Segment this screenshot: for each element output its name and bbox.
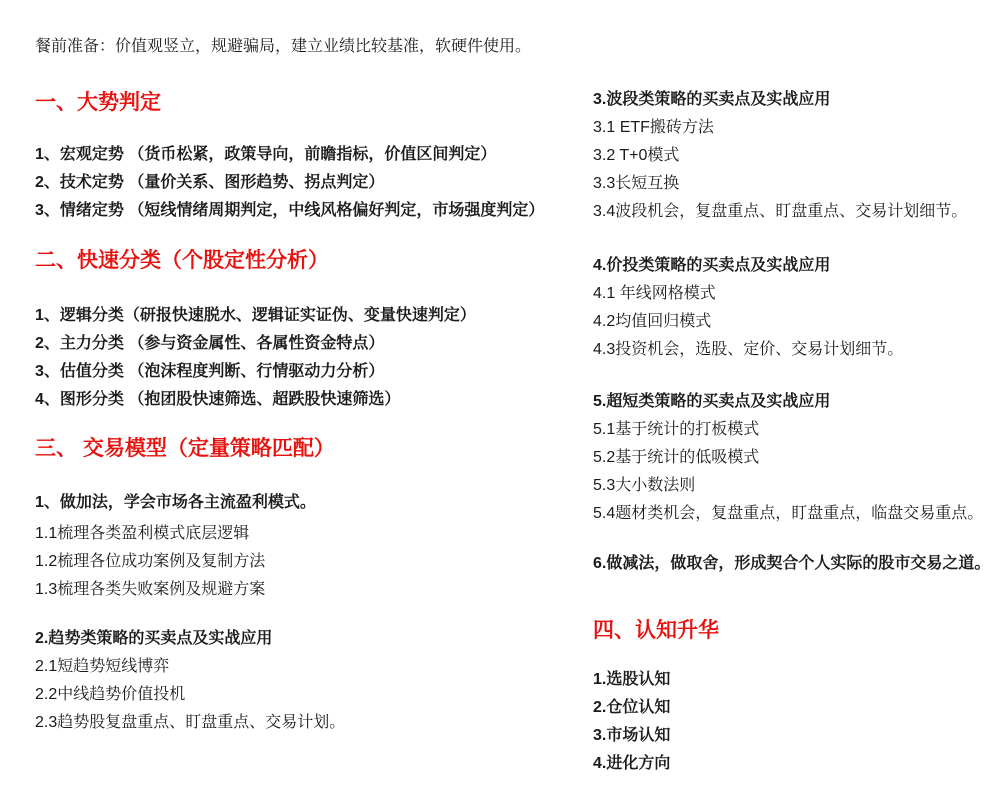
outline-subitem: 2.1短趋势短线博弈 (35, 653, 575, 681)
outline-subitem: 3.2 T+0模式 (593, 142, 993, 170)
outline-subitem: 5.1基于统计的打板模式 (593, 416, 993, 444)
module-1-subitems: 1.1梳理各类盈利模式底层逻辑 1.2梳理各位成功案例及复制方法 1.3梳理各类… (35, 520, 575, 604)
section-1-items: 1、宏观定势 （货币松紧，政策导向，前瞻指标，价值区间判定） 2、技术定势 （量… (35, 141, 575, 225)
module-5-subitems: 5.1基于统计的打板模式 5.2基于统计的低吸模式 5.3大小数法则 5.4题材… (593, 416, 993, 528)
section-2-items: 1、逻辑分类（研报快速脱水、逻辑证实证伪、变量快速判定） 2、主力分类 （参与资… (35, 302, 575, 414)
module-3-subitems: 3.1 ETF搬砖方法 3.2 T+0模式 3.3长短互换 3.4波段机会，复盘… (593, 114, 993, 226)
outline-subitem: 1.1梳理各类盈利模式底层逻辑 (35, 520, 575, 548)
outline-item: 2、技术定势 （量价关系、图形趋势、拐点判定） (35, 169, 575, 197)
prep-note: 餐前准备：价值观竖立，规避骗局，建立业绩比较基准，软硬件使用。 (35, 36, 575, 58)
outline-item: 1.选股认知 (593, 666, 993, 694)
module-2-subitems: 2.1短趋势短线博弈 2.2中线趋势价值投机 2.3趋势股复盘重点、盯盘重点、交… (35, 653, 575, 737)
module-1-lead: 1、做加法，学会市场各主流盈利模式。 (35, 489, 575, 517)
outline-item: 4.进化方向 (593, 750, 993, 778)
section-heading-2: 二、快速分类（个股定性分析） (35, 246, 575, 276)
outline-subitem: 3.1 ETF搬砖方法 (593, 114, 993, 142)
outline-subitem: 3.3长短互换 (593, 170, 993, 198)
section-heading-4: 四、认知升华 (593, 616, 993, 646)
outline-subitem: 5.4题材类机会，复盘重点，盯盘重点，临盘交易重点。 (593, 500, 993, 528)
outline-item: 3、估值分类 （泡沫程度判断、行情驱动力分析） (35, 358, 575, 386)
outline-item: 4、图形分类 （抱团股快速筛选、超跌股快速筛选） (35, 386, 575, 414)
section-heading-1: 一、大势判定 (35, 88, 575, 118)
outline-subitem: 4.3投资机会，选股、定价、交易计划细节。 (593, 336, 993, 364)
module-6-lead: 6.做减法，做取舍，形成契合个人实际的股市交易之道。 (593, 550, 993, 578)
outline-item: 2.仓位认知 (593, 694, 993, 722)
outline-subitem: 2.3趋势股复盘重点、盯盘重点、交易计划。 (35, 709, 575, 737)
outline-item: 1、逻辑分类（研报快速脱水、逻辑证实证伪、变量快速判定） (35, 302, 575, 330)
outline-item: 1、宏观定势 （货币松紧，政策导向，前瞻指标，价值区间判定） (35, 141, 575, 169)
outline-subitem: 4.2均值回归模式 (593, 308, 993, 336)
section-heading-3: 三、 交易模型（定量策略匹配） (35, 434, 575, 464)
outline-subitem: 1.2梳理各位成功案例及复制方法 (35, 548, 575, 576)
outline-subitem: 4.1 年线网格模式 (593, 280, 993, 308)
outline-subitem: 5.3大小数法则 (593, 472, 993, 500)
right-column: 3.波段类策略的买卖点及实战应用 3.1 ETF搬砖方法 3.2 T+0模式 3… (593, 0, 993, 778)
module-4-subitems: 4.1 年线网格模式 4.2均值回归模式 4.3投资机会，选股、定价、交易计划细… (593, 280, 993, 364)
document-page: 餐前准备：价值观竖立，规避骗局，建立业绩比较基准，软硬件使用。 一、大势判定 1… (0, 0, 1000, 788)
outline-subitem: 1.3梳理各类失败案例及规避方案 (35, 576, 575, 604)
outline-item: 3、情绪定势 （短线情绪周期判定，中线风格偏好判定，市场强度判定） (35, 197, 575, 225)
section-4-items: 1.选股认知 2.仓位认知 3.市场认知 4.进化方向 (593, 666, 993, 778)
module-4-lead: 4.价投类策略的买卖点及实战应用 (593, 252, 993, 280)
outline-item: 3.市场认知 (593, 722, 993, 750)
module-2-lead: 2.趋势类策略的买卖点及实战应用 (35, 625, 575, 653)
outline-item: 2、主力分类 （参与资金属性、各属性资金特点） (35, 330, 575, 358)
outline-subitem: 3.4波段机会，复盘重点、盯盘重点、交易计划细节。 (593, 198, 993, 226)
outline-subitem: 5.2基于统计的低吸模式 (593, 444, 993, 472)
left-column: 餐前准备：价值观竖立，规避骗局，建立业绩比较基准，软硬件使用。 一、大势判定 1… (35, 0, 575, 737)
outline-subitem: 2.2中线趋势价值投机 (35, 681, 575, 709)
module-3-lead: 3.波段类策略的买卖点及实战应用 (593, 86, 993, 114)
module-5-lead: 5.超短类策略的买卖点及实战应用 (593, 388, 993, 416)
